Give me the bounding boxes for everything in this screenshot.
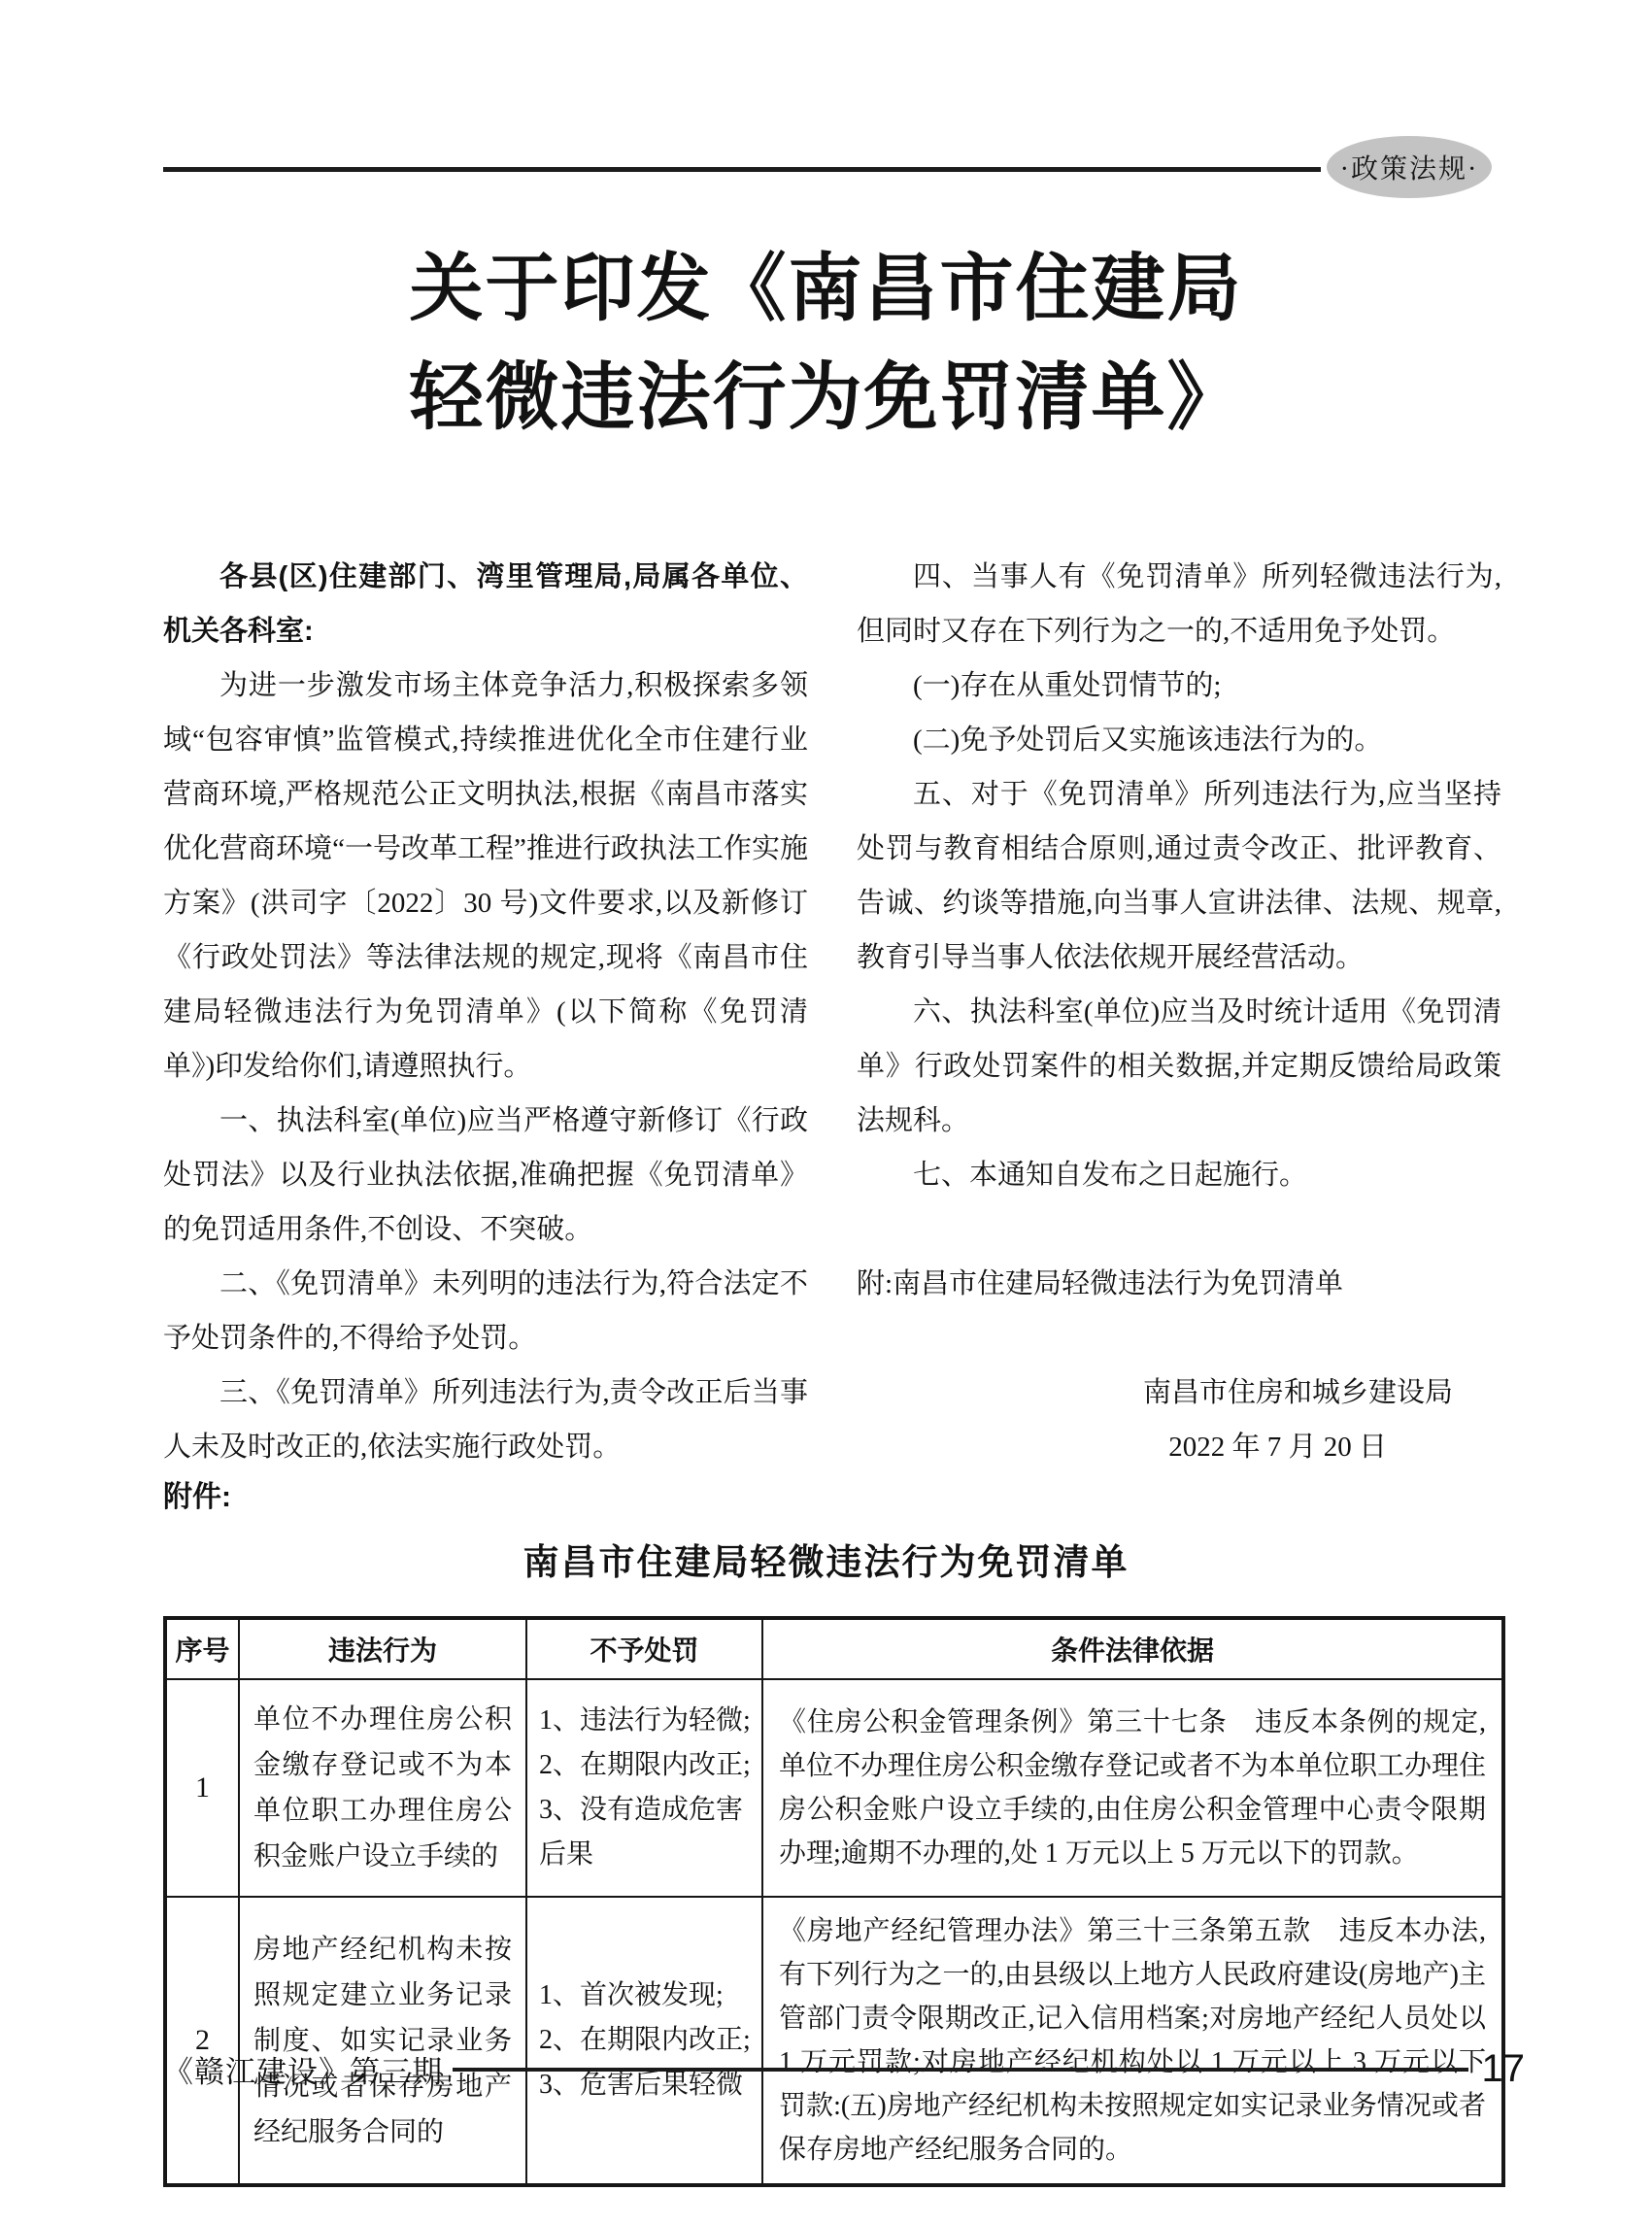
exemption-condition: 1、首次被发现; bbox=[539, 1973, 754, 2018]
page-number: 17 bbox=[1482, 2047, 1526, 2091]
salutation: 各县(区)住建部门、湾里管理局,局属各单位、机关各科室: bbox=[163, 550, 808, 658]
page-footer: 《赣江建设》第三期 17 bbox=[163, 2047, 1525, 2091]
exemption-condition: 3、没有造成危害后果 bbox=[539, 1788, 754, 1877]
legal-basis: 《住房公积金管理条例》第三十七条 违反本条例的规定,单位不办理住房公积金缴存登记… bbox=[762, 1679, 1503, 1897]
journal-title: 《赣江建设》第三期 bbox=[163, 2047, 443, 2091]
notice-paragraph: 为进一步激发市场主体竞争活力,积极探索多领域“包容审慎”监管模式,持续推进优化全… bbox=[163, 658, 808, 1094]
notice-right-column: 四、当事人有《免罚清单》所列轻微违法行为,但同时又存在下列行为之一的,不适用免予… bbox=[857, 550, 1501, 1474]
table-header-row: 序号 违法行为 不予处罚 条件法律依据 bbox=[165, 1618, 1503, 1679]
column-header-exemption: 不予处罚 bbox=[526, 1618, 762, 1679]
row-number: 2 bbox=[165, 1897, 239, 2185]
legal-basis: 《房地产经纪管理办法》第三十三条第五款 违反本办法,有下列行为之一的,由县级以上… bbox=[762, 1897, 1503, 2185]
exemption-condition: 1、违法行为轻微; bbox=[539, 1699, 754, 1743]
violation-behavior: 单位不办理住房公积金缴存登记或不为本单位职工办理住房公积金账户设立手续的 bbox=[239, 1679, 526, 1897]
column-header-behavior: 违法行为 bbox=[239, 1618, 526, 1679]
notice-paragraph: 三、《免罚清单》所列违法行为,责令改正后当事人未及时改正的,依法实施行政处罚。 bbox=[163, 1365, 808, 1474]
notice-left-column: 各县(区)住建部门、湾里管理局,局属各单位、机关各科室: 为进一步激发市场主体竞… bbox=[163, 550, 808, 1474]
row-number: 1 bbox=[165, 1679, 239, 1897]
notice-paragraph: 二、《免罚清单》未列明的违法行为,符合法定不予处罚条件的,不得给予处罚。 bbox=[163, 1257, 808, 1365]
signature-date: 2022 年 7 月 20 日 bbox=[857, 1420, 1501, 1474]
table-row: 1 单位不办理住房公积金缴存登记或不为本单位职工办理住房公积金账户设立手续的 1… bbox=[165, 1679, 1503, 1897]
exemption-conditions: 1、首次被发现; 2、在期限内改正; 3、危害后果轻微 bbox=[526, 1897, 762, 2185]
attachment-label: 附件: bbox=[163, 1472, 231, 1515]
table-row: 2 房地产经纪机构未按照规定建立业务记录制度、如实记录业务情况或者保存房地产经纪… bbox=[165, 1897, 1503, 2185]
notice-paragraph: 六、执法科室(单位)应当及时统计适用《免罚清单》行政处罚案件的相关数据,并定期反… bbox=[857, 985, 1501, 1148]
violation-behavior: 房地产经纪机构未按照规定建立业务记录制度、如实记录业务情况或者保存房地产经纪服务… bbox=[239, 1897, 526, 2185]
section-badge-label: ·政策法规· bbox=[1340, 148, 1479, 186]
page-title: 关于印发《南昌市住建局 轻微违法行为免罚清单》 bbox=[0, 235, 1652, 453]
page-title-line1: 关于印发《南昌市住建局 bbox=[0, 235, 1652, 344]
exemption-table-title: 南昌市住建局轻微违法行为免罚清单 bbox=[0, 1533, 1652, 1585]
exemption-conditions: 1、违法行为轻微; 2、在期限内改正; 3、没有造成危害后果 bbox=[526, 1679, 762, 1897]
attachment-note: 附:南昌市住建局轻微违法行为免罚清单 bbox=[857, 1257, 1501, 1311]
column-header-basis: 条件法律依据 bbox=[762, 1618, 1503, 1679]
document-page: ·政策法规· 关于印发《南昌市住建局 轻微违法行为免罚清单》 各县(区)住建部门… bbox=[0, 0, 1652, 2225]
footer-rule bbox=[453, 2068, 1468, 2072]
exemption-condition: 2、在期限内改正; bbox=[539, 1743, 754, 1788]
notice-paragraph: (二)免予处罚后又实施该违法行为的。 bbox=[857, 713, 1501, 767]
notice-paragraph: (一)存在从重处罚情节的; bbox=[857, 658, 1501, 713]
notice-paragraph: 四、当事人有《免罚清单》所列轻微违法行为,但同时又存在下列行为之一的,不适用免予… bbox=[857, 550, 1501, 658]
page-title-line2: 轻微违法行为免罚清单》 bbox=[0, 344, 1652, 453]
exemption-table: 序号 违法行为 不予处罚 条件法律依据 1 单位不办理住房公积金缴存登记或不为本… bbox=[163, 1616, 1505, 2187]
header-rule bbox=[163, 167, 1321, 172]
notice-paragraph: 五、对于《免罚清单》所列违法行为,应当坚持处罚与教育相结合原则,通过责令改正、批… bbox=[857, 767, 1501, 985]
section-badge: ·政策法规· bbox=[1327, 136, 1492, 198]
signature-organization: 南昌市住房和城乡建设局 bbox=[857, 1365, 1501, 1420]
notice-paragraph: 一、执法科室(单位)应当严格遵守新修订《行政处罚法》以及行业执法依据,准确把握《… bbox=[163, 1094, 808, 1257]
column-header-no: 序号 bbox=[165, 1618, 239, 1679]
notice-paragraph: 七、本通知自发布之日起施行。 bbox=[857, 1148, 1501, 1202]
